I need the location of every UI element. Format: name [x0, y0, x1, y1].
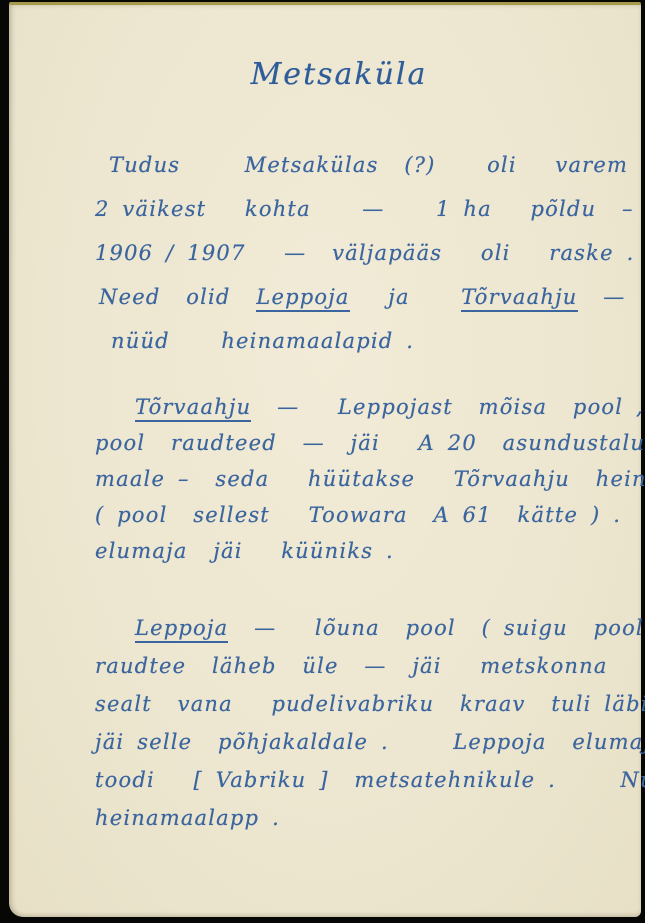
- handwritten-line: 2 väikest kohta — 1 ha põldu – lagunesid: [95, 187, 630, 231]
- text-segment: — Leppojast mõisa pool , ida: [251, 395, 645, 419]
- text-segment: 2 väikest kohta — 1 ha põldu – lagunesid: [95, 197, 645, 221]
- text-segment: —: [578, 285, 626, 309]
- handwritten-line: jäi selle põhjakaldale . Leppoja elumaja: [95, 723, 630, 761]
- handwritten-line: Tõrvaahju — Leppojast mõisa pool , ida: [135, 389, 630, 425]
- handwritten-line: pool raudteed — jäi A 20 asundustalu: [95, 425, 630, 461]
- text-segment: ja: [350, 285, 462, 309]
- text-segment: jäi selle põhjakaldale . Leppoja elumaja: [95, 730, 645, 754]
- manuscript: Tudus Metsakülas (?) oli varem veel2 väi…: [95, 143, 630, 837]
- underlined-word: Leppoja: [256, 285, 349, 312]
- handwritten-line: sealt vana pudelivabriku kraav tuli läbi…: [95, 685, 630, 723]
- handwritten-line: heinamaalapp .: [95, 799, 630, 837]
- paragraph: Tudus Metsakülas (?) oli varem veel2 väi…: [95, 143, 630, 363]
- underlined-word: Tõrvaahju: [461, 285, 577, 312]
- text-segment: Need olid: [99, 285, 256, 309]
- text-segment: Tudus Metsakülas (?) oli varem veel: [109, 153, 645, 177]
- paragraph: Leppoja — lõuna pool ( suigu pool ) —rau…: [95, 609, 630, 837]
- handwritten-line: maale – seda hüütakse Tõrvaahju heinamaa: [95, 461, 630, 497]
- handwritten-line: Leppoja — lõuna pool ( suigu pool ) —: [135, 609, 630, 647]
- text-segment: ( pool sellest Toowara A 61 kätte ) . Tõ…: [95, 503, 645, 527]
- text-segment: nüüd heinamaalapid .: [111, 329, 414, 353]
- handwritten-line: Need olid Leppoja ja Tõrvaahju —: [99, 275, 630, 319]
- handwritten-line: Tudus Metsakülas (?) oli varem veel: [109, 143, 630, 187]
- underlined-word: Leppoja: [135, 616, 228, 643]
- text-segment: heinamaalapp .: [95, 806, 280, 830]
- handwritten-line: raudtee läheb üle — jäi metskonna maale …: [95, 647, 630, 685]
- handwritten-line: nüüd heinamaalapid .: [111, 319, 630, 363]
- handwritten-line: elumaja jäi küüniks .: [95, 533, 630, 569]
- underlined-word: Tõrvaahju: [135, 395, 251, 422]
- text-segment: sealt vana pudelivabriku kraav tuli läbi…: [95, 692, 645, 716]
- handwritten-line: ( pool sellest Toowara A 61 kätte ) . Tõ…: [95, 497, 630, 533]
- text-segment: 1906 / 1907 — väljapääs oli raske .: [95, 241, 634, 265]
- paragraph: Tõrvaahju — Leppojast mõisa pool , idapo…: [95, 389, 630, 569]
- handwritten-line: toodi [ Vabriku ] metsatehnikule . Nüüd: [95, 761, 630, 799]
- text-segment: maale – seda hüütakse Tõrvaahju heinamaa: [95, 467, 645, 491]
- page-title: Metsaküla: [9, 57, 641, 92]
- text-segment: pool raudteed — jäi A 20 asundustalu: [95, 431, 645, 455]
- scanned-page: Metsaküla Tudus Metsakülas (?) oli varem…: [0, 0, 645, 923]
- text-segment: elumaja jäi küüniks .: [95, 539, 394, 563]
- text-segment: — lõuna pool ( suigu pool ) —: [228, 616, 645, 640]
- handwritten-line: 1906 / 1907 — väljapääs oli raske .: [95, 231, 630, 275]
- text-segment: toodi [ Vabriku ] metsatehnikule . Nüüd: [95, 768, 645, 792]
- paper-sheet: Metsaküla Tudus Metsakülas (?) oli varem…: [9, 2, 641, 917]
- text-segment: raudtee läheb üle — jäi metskonna maale …: [95, 654, 645, 678]
